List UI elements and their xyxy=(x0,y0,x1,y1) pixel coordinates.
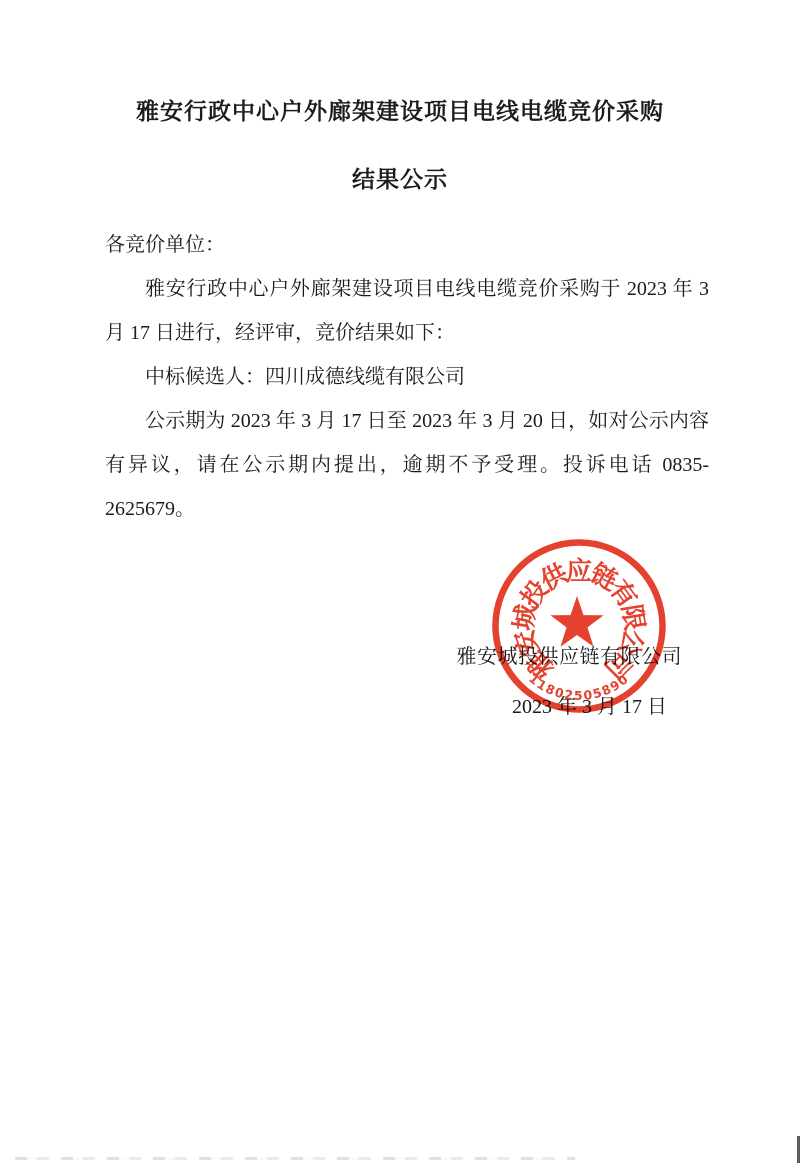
signature-company: 雅安城投供应链有限公司 xyxy=(0,643,800,671)
document-subtitle: 结果公示 xyxy=(0,163,800,195)
signature-block: 雅安城投供应链有限公司 2023 年 3 月 17 日 xyxy=(0,643,800,721)
document-title: 雅安行政中心户外廊架建设项目电线电缆竞价采购 xyxy=(0,95,800,127)
paragraph-publicity-period: 公示期为 2023 年 3 月 17 日至 2023 年 3 月 20 日，如对… xyxy=(105,399,709,531)
document-body: 各竞价单位： 雅安行政中心户外廊架建设项目电线电缆竞价采购于 2023 年 3 … xyxy=(105,223,709,531)
signature-date: 2023 年 3 月 17 日 xyxy=(0,693,800,721)
star-icon xyxy=(550,596,603,647)
paragraph-intro: 雅安行政中心户外廊架建设项目电线电缆竞价采购于 2023 年 3 月 17 日进… xyxy=(105,267,709,355)
official-seal: 雅 安 城 投 供 应 链 有 限 公 司 5118025058907 xyxy=(489,536,669,716)
paragraph-winner: 中标候选人：四川成德线缆有限公司 xyxy=(105,355,709,399)
scan-speckle-line xyxy=(15,1157,575,1160)
document-page: 雅安行政中心户外廊架建设项目电线电缆竞价采购 结果公示 各竞价单位： 雅安行政中… xyxy=(0,0,800,1163)
salutation: 各竞价单位： xyxy=(105,223,709,267)
